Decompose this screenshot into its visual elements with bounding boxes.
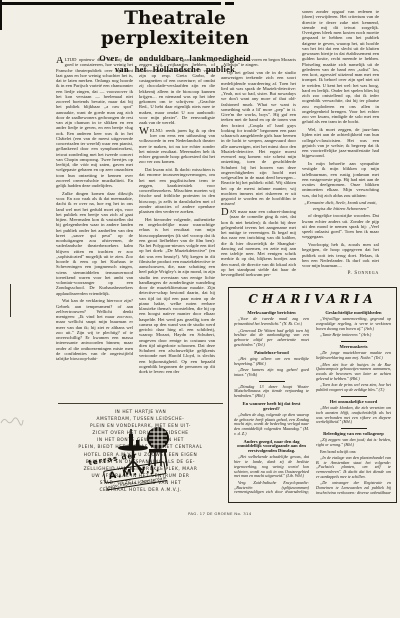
paragraph: DAN maar naar een cabaret-dancing (naar … bbox=[221, 209, 296, 277]
paragraph: Het hieronder volgende, authentieke en o… bbox=[139, 217, 215, 375]
article-column-4: sonen zonder opgaaf van redenen te (doen… bbox=[302, 9, 379, 287]
rule bbox=[259, 381, 285, 382]
quote: „Indien de dag, volgende op dien waarop … bbox=[234, 413, 309, 437]
paragraph: P. Sonnega bbox=[302, 271, 379, 276]
quote: „Tante Betje imiteeren." (Arb.) bbox=[316, 333, 391, 338]
text-line: IN HET HARTJE VAN bbox=[58, 409, 223, 416]
paragraph: Wel, ik moet zeggen, de jazz-fans lijden… bbox=[302, 127, 379, 159]
article-column-3: dames trad naar voren en begon Mozarts „… bbox=[221, 57, 296, 287]
heading: Geslachtelijke moeilijkheden bbox=[318, 311, 389, 316]
quote: „Dinsdag 13 dezer hoopt Wouter Mutschelk… bbox=[234, 385, 309, 399]
margin-fold-line bbox=[10, 284, 11, 317]
paragraph: Dat kwam zóó. Ik dacht: misschien is dat… bbox=[139, 167, 215, 214]
charivaria-column-left: Merkwaardige berichten„Voor de tweede ma… bbox=[234, 308, 309, 494]
paragraph: ALTIJD opnieuw doet het mij weer goed te… bbox=[56, 57, 133, 188]
heading: Paindeluxe-brood bbox=[236, 351, 307, 356]
quote: „Deze kamers zijn nog geheel goed intact… bbox=[234, 368, 309, 378]
quote: „Het ging alleen om een moeilijke bespre… bbox=[234, 357, 309, 367]
paragraph: WELNU: reeds jaren lig ik op den loer om… bbox=[139, 128, 215, 165]
charivaria-box: CHARIVARIA Merkwaardige berichten„Voor d… bbox=[228, 287, 397, 503]
left-edge-mark bbox=[0, 0, 2, 30]
paragraph: dames trad naar voren en begon Mozarts „… bbox=[221, 57, 296, 68]
quote: „Met oude klanken, die zich verzetten om… bbox=[316, 406, 391, 425]
paragraph: sonen zonder opgaaf van redenen te (doen… bbox=[302, 9, 379, 125]
article-column-2: tués, die derwaarts gaan omdat zij, zegg… bbox=[139, 57, 215, 403]
charivaria-column-right: Geslachtelijke moeilijkheden„Vrijwillige… bbox=[316, 308, 391, 494]
paragraph: Voorloopig heb ik, zooals men zal begrij… bbox=[302, 242, 379, 268]
heading: Anders gezegd, naar den dag onmiddellijk… bbox=[236, 440, 307, 454]
heading: Meermaskerts bbox=[318, 345, 389, 350]
paragraph: Wat kan de verklaring hiervoor zijn? Geb… bbox=[56, 298, 133, 361]
rule bbox=[341, 428, 367, 429]
paragraph: tués, die derwaarts gaan omdat zij, zegg… bbox=[139, 57, 215, 125]
page-footer: PAG. 17 DE GROENE No. 314 bbox=[188, 511, 252, 516]
heading: Merkwaardige berichten bbox=[236, 311, 307, 316]
quote: „Men ziet hoe de huisjes in de Rue Quinc… bbox=[316, 363, 391, 382]
paragraph: „Ermuntre dich, Seele, krank und matt, v… bbox=[302, 200, 379, 211]
amvj-hotel-ad: IN HET HARTJE VANAMSTERDAM, TUSSEN LEIDS… bbox=[58, 403, 223, 510]
quote: „Vrijwillige samenwerking, gegrond op zo… bbox=[316, 317, 391, 331]
newspaper-page: { "page": { "footer": "PAG. 17 DE GROENE… bbox=[0, 0, 400, 618]
rule bbox=[341, 396, 367, 397]
paragraph: In mijn behoefte aan sympathie vestigde … bbox=[302, 161, 379, 198]
text-line: CENTRAAL HOTEL DER A.M.V.J. bbox=[58, 487, 223, 494]
charivaria-title: CHARIVARIA bbox=[229, 292, 396, 306]
quote: „De jonge muziekleeraar maakte een liefd… bbox=[316, 351, 391, 361]
quote: „Voor de tweede maal zag een prinsenkind… bbox=[234, 317, 309, 327]
heading: Beleediging van een volksgroep bbox=[318, 432, 389, 437]
top-rule-bar-segment bbox=[225, 2, 234, 5]
quote: „Toen kon de prins wel eens zien, hoe he… bbox=[316, 383, 391, 393]
quote: „Generaal De Wittert had gelijk toen hij… bbox=[234, 329, 309, 348]
paragraph: Zulke dingen komen daar dikwijls voor. E… bbox=[56, 191, 133, 296]
quote: „In de etalage van den plantenhandel van… bbox=[316, 456, 391, 480]
text-line: AMSTERDAM, TUSSEN LEIDSCHE- bbox=[58, 416, 223, 423]
note: Een bond schrijft ons: bbox=[316, 450, 391, 455]
top-rule-bar bbox=[2, 2, 221, 5]
quote: „Zij zeggen: van den jood; dat is: beide… bbox=[316, 438, 391, 448]
quote: „De ontvanger der Registratie en Domeine… bbox=[316, 481, 391, 494]
paragraph: Op het gelaat van de in de studio aanwez… bbox=[221, 70, 296, 207]
heading: En wanneer heeft hij dat feest gevierd? bbox=[236, 402, 307, 412]
margin-pencil-mark bbox=[0, 414, 24, 428]
quote: Verg. Zuid-Indische Encyclopaedie: „Bact… bbox=[234, 481, 309, 494]
article-column-1: ALTIJD opnieuw doet het mij weer goed te… bbox=[56, 57, 133, 403]
charivaria-columns: Merkwaardige berichten„Voor de tweede ma… bbox=[229, 308, 396, 494]
page-title: Theatrale perplexiteiten bbox=[52, 9, 298, 49]
rule bbox=[341, 341, 367, 342]
paragraph: of dergelijke troostrijke woorden. Dat k… bbox=[302, 213, 379, 239]
quote: „Het welbekende schadelijke gewas, dat h… bbox=[234, 455, 309, 479]
heading: Het onsmakelijke woord bbox=[318, 400, 389, 405]
